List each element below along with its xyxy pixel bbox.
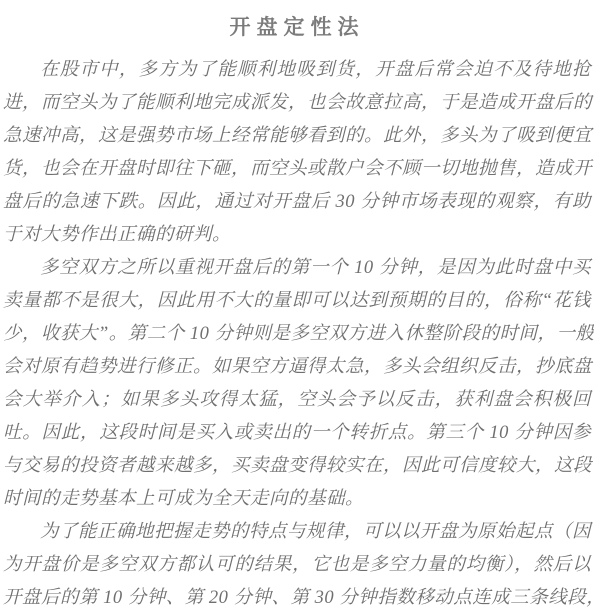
text-line: 多空双方之所以重视开盘后的第一个 10 分钟，是因为此时盘中买 — [3, 252, 591, 285]
text-line: 进，而空头为了能顺利地完成派发，也会故意拉高，于是造成开盘后的 — [3, 87, 591, 120]
text-line: 少，收获大”。第二个 10 分钟则是多空双方进入休整阶段的时间，一般 — [3, 318, 591, 351]
text-line: 会对原有趋势进行修正。如果空方逼得太急，多头会组织反击，抄底盘 — [3, 351, 591, 384]
document-body: 在股市中，多方为了能顺利地吸到货，开盘后常会迫不及待地抢 进，而空头为了能顺利地… — [3, 54, 591, 610]
text-line: 卖量都不是很大，因此用不大的量即可以达到预期的目的，俗称“花钱 — [3, 285, 591, 318]
text-line: 货，也会在开盘时即往下砸，而空头或散户会不顾一切地抛售，造成开 — [3, 153, 591, 186]
text-line: 于对大势作出正确的研判。 — [3, 219, 591, 252]
text-line: 时间的走势基本上可成为全天走向的基础。 — [3, 483, 591, 516]
text-line: 盘后的急速下跌。因此，通过对开盘后 30 分钟市场表现的观察，有助 — [3, 186, 591, 219]
text-line: 为了能正确地把握走势的特点与规律，可以以开盘为原始起点（因 — [3, 516, 591, 549]
document-page: 开盘定性法 在股市中，多方为了能顺利地吸到货，开盘后常会迫不及待地抢 进，而空头… — [0, 0, 594, 610]
text-line: 与交易的投资者越来越多，买卖盘变得较实在，因此可信度较大，这段 — [3, 450, 591, 483]
page-title: 开盘定性法 — [3, 12, 591, 42]
paragraph-1: 在股市中，多方为了能顺利地吸到货，开盘后常会迫不及待地抢 进，而空头为了能顺利地… — [3, 54, 591, 252]
text-line: 会大举介入；如果多头攻得太猛，空头会予以反击，获利盘会积极回 — [3, 384, 591, 417]
paragraph-3: 为了能正确地把握走势的特点与规律，可以以开盘为原始起点（因 为开盘价是多空双方都… — [3, 516, 591, 610]
text-line: 开盘后的第 10 分钟、第 20 分钟、第 30 分钟指数移动点连成三条线段， — [3, 582, 591, 610]
paragraph-2: 多空双方之所以重视开盘后的第一个 10 分钟，是因为此时盘中买 卖量都不是很大，… — [3, 252, 591, 516]
text-line: 急速冲高，这是强势市场上经常能够看到的。此外，多头为了吸到便宜 — [3, 120, 591, 153]
text-line: 吐。因此，这段时间是买入或卖出的一个转折点。第三个 10 分钟因参 — [3, 417, 591, 450]
text-line: 在股市中，多方为了能顺利地吸到货，开盘后常会迫不及待地抢 — [3, 54, 591, 87]
text-line: 为开盘价是多空双方都认可的结果，它也是多空力量的均衡），然后以 — [3, 549, 591, 582]
